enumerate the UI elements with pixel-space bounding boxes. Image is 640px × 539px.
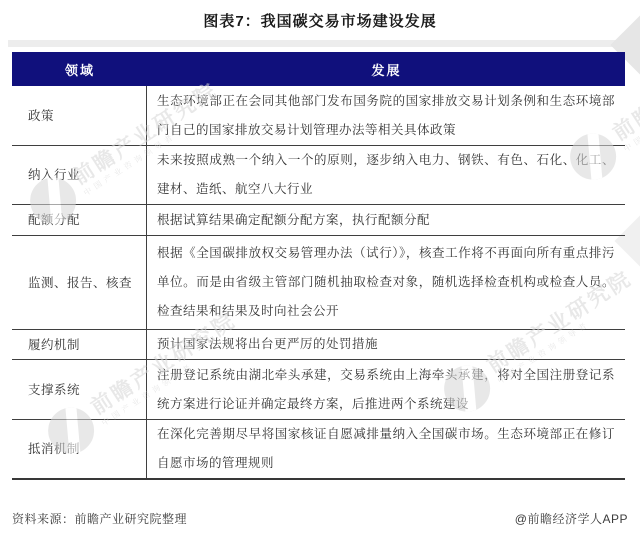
development-cell: 生态环境部正在会同其他部门发布国务院的国家排放交易计划条例和生态环境部门自己的国…: [147, 86, 625, 145]
field-cell: 支撑系统: [12, 360, 147, 419]
field-cell: 履约机制: [12, 330, 147, 359]
field-cell: 配额分配: [12, 205, 147, 235]
column-header-field: 领域: [12, 52, 148, 86]
credit-note: @前瞻经济学人APP: [515, 510, 628, 527]
carbon-market-table: 领域 发展 政策 生态环境部正在会同其他部门发布国务院的国家排放交易计划条例和生…: [12, 52, 625, 480]
development-cell: 预计国家法规将出台更严厉的处罚措施: [147, 330, 625, 359]
table-row: 纳入行业 未来按照成熟一个纳入一个的原则，逐步纳入电力、钢铁、有色、石化、化工、…: [12, 145, 625, 204]
table-row: 配额分配 根据试算结果确定配额分配方案，执行配额分配: [12, 204, 625, 235]
field-cell: 抵消机制: [12, 420, 147, 478]
table-row: 监测、报告、核查 根据《全国碳排放权交易管理办法（试行）》，核查工作将不再面向所…: [12, 235, 625, 329]
field-cell: 政策: [12, 86, 147, 145]
source-note: 资料来源：前瞻产业研究院整理: [12, 510, 187, 527]
column-header-development: 发展: [148, 52, 625, 86]
table-header-row: 领域 发展: [12, 52, 625, 86]
field-cell: 监测、报告、核查: [12, 236, 147, 329]
development-cell: 注册登记系统由湖北牵头承建，交易系统由上海牵头承建，将对全国注册登记系统方案进行…: [147, 360, 625, 419]
table-row: 支撑系统 注册登记系统由湖北牵头承建，交易系统由上海牵头承建，将对全国注册登记系…: [12, 359, 625, 419]
development-cell: 在深化完善期尽早将国家核证自愿减排量纳入全国碳市场。生态环境部正在修订自愿市场的…: [147, 420, 625, 478]
figure-canvas: 图表7：我国碳交易市场建设发展 前瞻产业研究院 中国产业咨询领导者 前瞻产业研究…: [0, 0, 640, 539]
development-cell: 根据《全国碳排放权交易管理办法（试行）》，核查工作将不再面向所有重点排污单位。而…: [147, 236, 625, 329]
development-cell: 根据试算结果确定配额分配方案，执行配额分配: [147, 205, 625, 235]
decorative-band: [8, 40, 617, 47]
page-title: 图表7：我国碳交易市场建设发展: [0, 10, 640, 31]
table-row: 抵消机制 在深化完善期尽早将国家核证自愿减排量纳入全国碳市场。生态环境部正在修订…: [12, 419, 625, 478]
field-cell: 纳入行业: [12, 146, 147, 204]
development-cell: 未来按照成熟一个纳入一个的原则，逐步纳入电力、钢铁、有色、石化、化工、建材、造纸…: [147, 146, 625, 204]
table-row: 政策 生态环境部正在会同其他部门发布国务院的国家排放交易计划条例和生态环境部门自…: [12, 86, 625, 145]
table-row: 履约机制 预计国家法规将出台更严厉的处罚措施: [12, 329, 625, 359]
